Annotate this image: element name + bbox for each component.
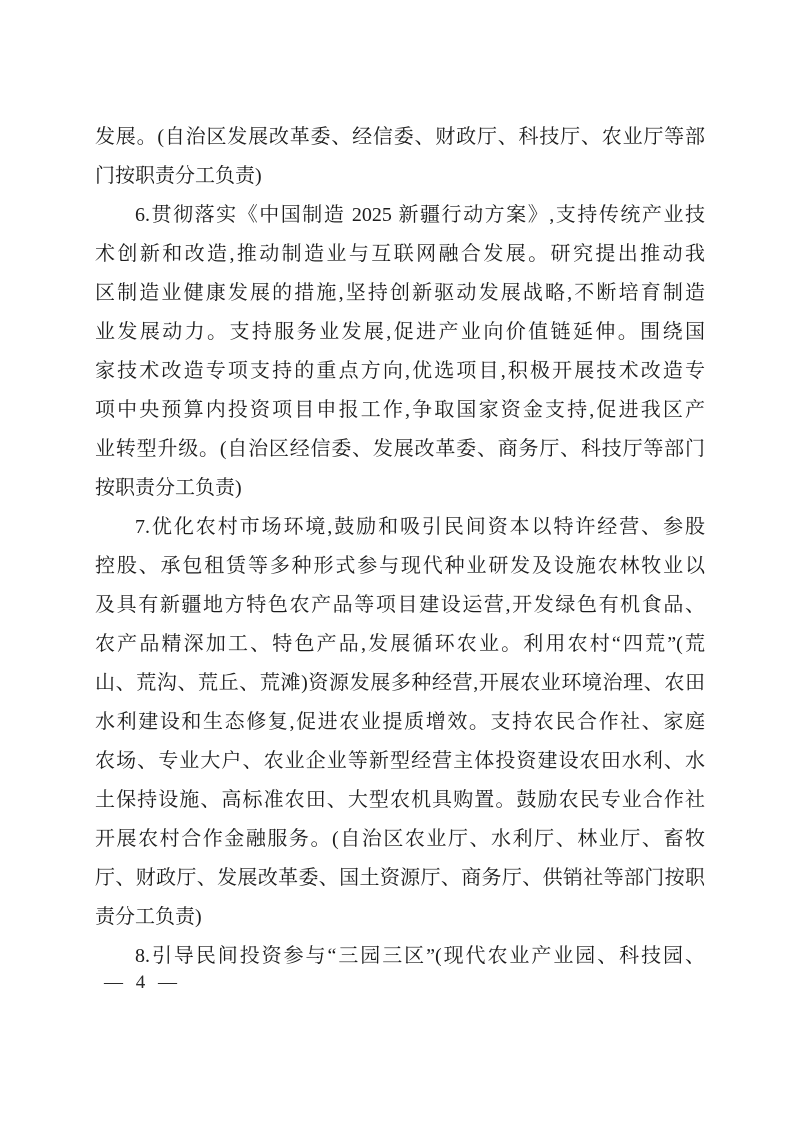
text-line: 门按职责分工负责) xyxy=(95,157,705,196)
text-line: 8.引导民间投资参与“三园三区”(现代农业产业园、科技园、 xyxy=(95,937,705,976)
text-line: 家技术改造专项支持的重点方向,优选项目,积极开展技术改造专 xyxy=(95,352,705,391)
document-page: 发展。(自治区发展改革委、经信委、财政厅、科技厅、农业厅等部门按职责分工负责)6… xyxy=(0,0,793,1122)
text-line: 农场、专业大户、农业企业等新型经营主体投资建设农田水利、水 xyxy=(95,742,705,781)
text-line: 开展农村合作金融服务。(自治区农业厅、水利厅、林业厅、畜牧 xyxy=(95,820,705,859)
text-line: 控股、承包租赁等多种形式参与现代种业研发及设施农林牧业以 xyxy=(95,547,705,586)
text-line: 术创新和改造,推动制造业与互联网融合发展。研究提出推动我 xyxy=(95,235,705,274)
text-line: 业发展动力。支持服务业发展,促进产业向价值链延伸。围绕国 xyxy=(95,313,705,352)
text-line: 6.贯彻落实《中国制造 2025 新疆行动方案》,支持传统产业技 xyxy=(95,196,705,235)
paragraph-7: 7.优化农村市场环境,鼓励和吸引民间资本以特许经营、参股控股、承包租赁等多种形式… xyxy=(95,508,705,937)
paragraph-5-continuation: 发展。(自治区发展改革委、经信委、财政厅、科技厅、农业厅等部门按职责分工负责) xyxy=(95,118,705,196)
paragraph-6: 6.贯彻落实《中国制造 2025 新疆行动方案》,支持传统产业技术创新和改造,推… xyxy=(95,196,705,508)
text-line: 厅、财政厅、发展改革委、国土资源厅、商务厅、供销社等部门按职 xyxy=(95,859,705,898)
page-footer: — 4 — xyxy=(104,971,181,995)
text-line: 区制造业健康发展的措施,坚持创新驱动发展战略,不断培育制造 xyxy=(95,274,705,313)
document-body: 发展。(自治区发展改革委、经信委、财政厅、科技厅、农业厅等部门按职责分工负责)6… xyxy=(95,118,705,976)
text-line: 项中央预算内投资项目申报工作,争取国家资金支持,促进我区产 xyxy=(95,391,705,430)
text-line: 7.优化农村市场环境,鼓励和吸引民间资本以特许经营、参股 xyxy=(95,508,705,547)
page-number: — 4 — xyxy=(104,972,181,993)
text-line: 责分工负责) xyxy=(95,898,705,937)
text-line: 山、荒沟、荒丘、荒滩)资源发展多种经营,开展农业环境治理、农田 xyxy=(95,664,705,703)
paragraph-8: 8.引导民间投资参与“三园三区”(现代农业产业园、科技园、 xyxy=(95,937,705,976)
text-line: 农产品精深加工、特色产品,发展循环农业。利用农村“四荒”(荒 xyxy=(95,625,705,664)
text-line: 水利建设和生态修复,促进农业提质增效。支持农民合作社、家庭 xyxy=(95,703,705,742)
text-line: 土保持设施、高标准农田、大型农机具购置。鼓励农民专业合作社 xyxy=(95,781,705,820)
text-line: 及具有新疆地方特色农产品等项目建设运营,开发绿色有机食品、 xyxy=(95,586,705,625)
text-line: 按职责分工负责) xyxy=(95,469,705,508)
text-line: 发展。(自治区发展改革委、经信委、财政厅、科技厅、农业厅等部 xyxy=(95,118,705,157)
text-line: 业转型升级。(自治区经信委、发展改革委、商务厅、科技厅等部门 xyxy=(95,430,705,469)
